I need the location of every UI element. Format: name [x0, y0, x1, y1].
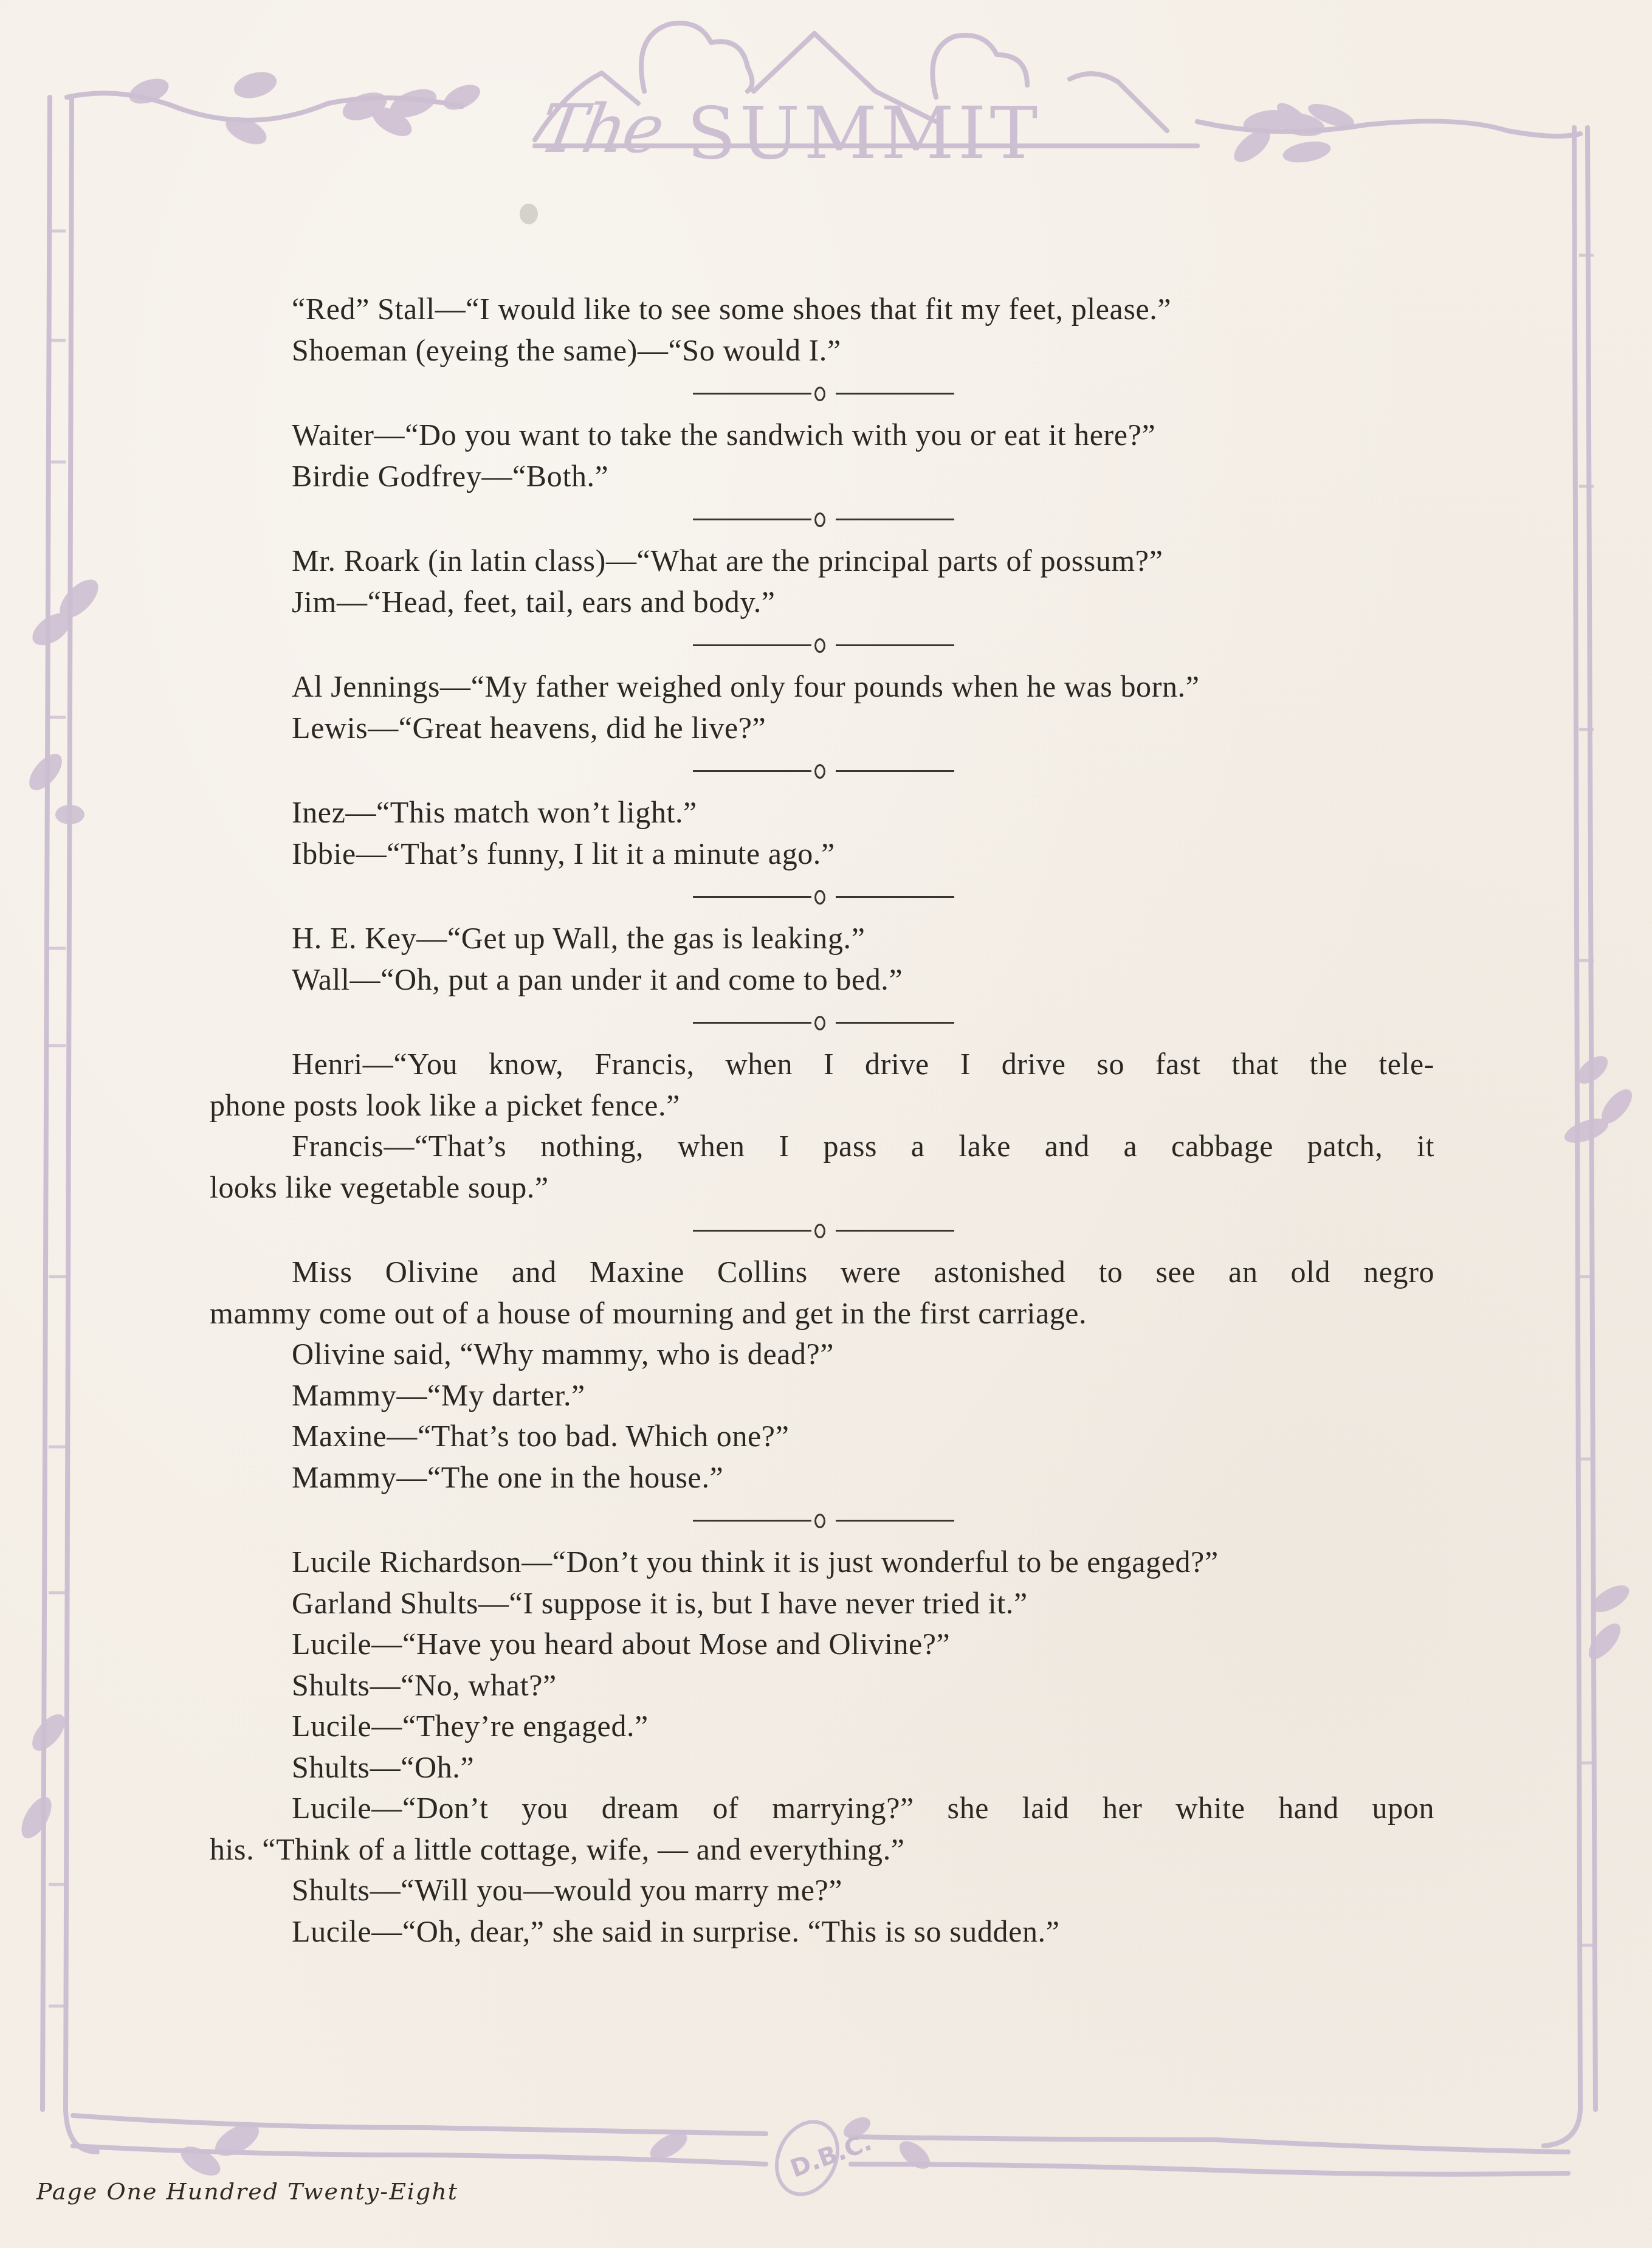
- section-divider: [210, 748, 1434, 792]
- masthead-prefix: The: [534, 90, 668, 168]
- paper-stain: [520, 204, 538, 224]
- section-divider: [210, 1000, 1434, 1044]
- joke-line: Olivine said, “Why mammy, who is dead?”: [210, 1334, 1434, 1375]
- joke-line: phone posts look like a picket fence.”: [210, 1085, 1434, 1126]
- joke-line: Inez—“This match won’t light.”: [210, 792, 1434, 833]
- joke-line: Al Jennings—“My father weighed only four…: [210, 666, 1434, 708]
- joke-block: H. E. Key—“Get up Wall, the gas is leaki…: [210, 918, 1434, 1000]
- joke-line: H. E. Key—“Get up Wall, the gas is leaki…: [210, 918, 1434, 959]
- joke-line: Miss Olivine and Maxine Collins were ast…: [210, 1252, 1434, 1293]
- joke-line: Lucile—“They’re engaged.”: [210, 1706, 1434, 1747]
- joke-block: Lucile Richardson—“Don’t you think it is…: [210, 1542, 1434, 1952]
- joke-line: mammy come out of a house of mourning an…: [210, 1293, 1434, 1334]
- joke-block: Miss Olivine and Maxine Collins were ast…: [210, 1252, 1434, 1498]
- joke-line: Wall—“Oh, put a pan under it and come to…: [210, 959, 1434, 1001]
- section-divider: [210, 622, 1434, 666]
- joke-block: Henri—“You know, Francis, when I drive I…: [210, 1044, 1434, 1208]
- joke-line: Mr. Roark (in latin class)—“What are the…: [210, 540, 1434, 582]
- joke-column: “Red” Stall—“I would like to see some sh…: [210, 289, 1434, 1952]
- joke-line: “Red” Stall—“I would like to see some sh…: [210, 289, 1434, 330]
- joke-line: Birdie Godfrey—“Both.”: [210, 456, 1434, 497]
- divider-ring-icon: [814, 1224, 825, 1238]
- joke-line: Garland Shults—“I suppose it is, but I h…: [210, 1583, 1434, 1624]
- divider-ring-icon: [814, 764, 825, 779]
- joke-line: Lucile—“Oh, dear,” she said in surprise.…: [210, 1911, 1434, 1953]
- page-number: Page One Hundred Twenty-Eight: [36, 2178, 458, 2205]
- divider-ring-icon: [814, 890, 825, 905]
- section-divider: [210, 371, 1434, 415]
- joke-line: Shoeman (eyeing the same)—“So would I.”: [210, 330, 1434, 371]
- joke-line: Waiter—“Do you want to take the sandwich…: [210, 415, 1434, 456]
- joke-line: Lucile—“Don’t you dream of marrying?” sh…: [210, 1788, 1434, 1829]
- section-divider: [210, 1498, 1434, 1542]
- joke-line: Jim—“Head, feet, tail, ears and body.”: [210, 582, 1434, 623]
- joke-line: Henri—“You know, Francis, when I drive I…: [210, 1044, 1434, 1085]
- joke-line: Ibbie—“That’s funny, I lit it a minute a…: [210, 833, 1434, 875]
- section-divider: [210, 1208, 1434, 1252]
- joke-line: Shults—“Will you—would you marry me?”: [210, 1870, 1434, 1911]
- joke-line: Shults—“Oh.”: [210, 1747, 1434, 1788]
- joke-block: “Red” Stall—“I would like to see some sh…: [210, 289, 1434, 371]
- joke-line: Francis—“That’s nothing, when I pass a l…: [210, 1126, 1434, 1167]
- joke-line: Mammy—“My darter.”: [210, 1375, 1434, 1416]
- dbc-monogram: D.B.C.: [771, 2112, 850, 2204]
- joke-line: his. “Think of a little cottage, wife, —…: [210, 1829, 1434, 1870]
- section-divider: [210, 874, 1434, 918]
- divider-ring-icon: [814, 1016, 825, 1030]
- section-divider: [210, 497, 1434, 540]
- joke-line: Lucile Richardson—“Don’t you think it is…: [210, 1542, 1434, 1583]
- joke-line: Maxine—“That’s too bad. Which one?”: [210, 1416, 1434, 1457]
- divider-ring-icon: [814, 1514, 825, 1528]
- joke-line: Mammy—“The one in the house.”: [210, 1457, 1434, 1498]
- masthead-title: SUMMIT: [687, 91, 1041, 175]
- joke-line: Lucile—“Have you heard about Mose and Ol…: [210, 1624, 1434, 1665]
- joke-block: Waiter—“Do you want to take the sandwich…: [210, 415, 1434, 497]
- joke-line: looks like vegetable soup.”: [210, 1167, 1434, 1208]
- divider-ring-icon: [814, 512, 825, 527]
- joke-line: Lewis—“Great heavens, did he live?”: [210, 708, 1434, 749]
- divider-ring-icon: [814, 638, 825, 653]
- joke-block: Al Jennings—“My father weighed only four…: [210, 666, 1434, 748]
- masthead: The SUMMIT: [529, 67, 1167, 164]
- divider-ring-icon: [814, 387, 825, 401]
- joke-block: Inez—“This match won’t light.”Ibbie—“Tha…: [210, 792, 1434, 874]
- joke-block: Mr. Roark (in latin class)—“What are the…: [210, 540, 1434, 622]
- joke-line: Shults—“No, what?”: [210, 1665, 1434, 1706]
